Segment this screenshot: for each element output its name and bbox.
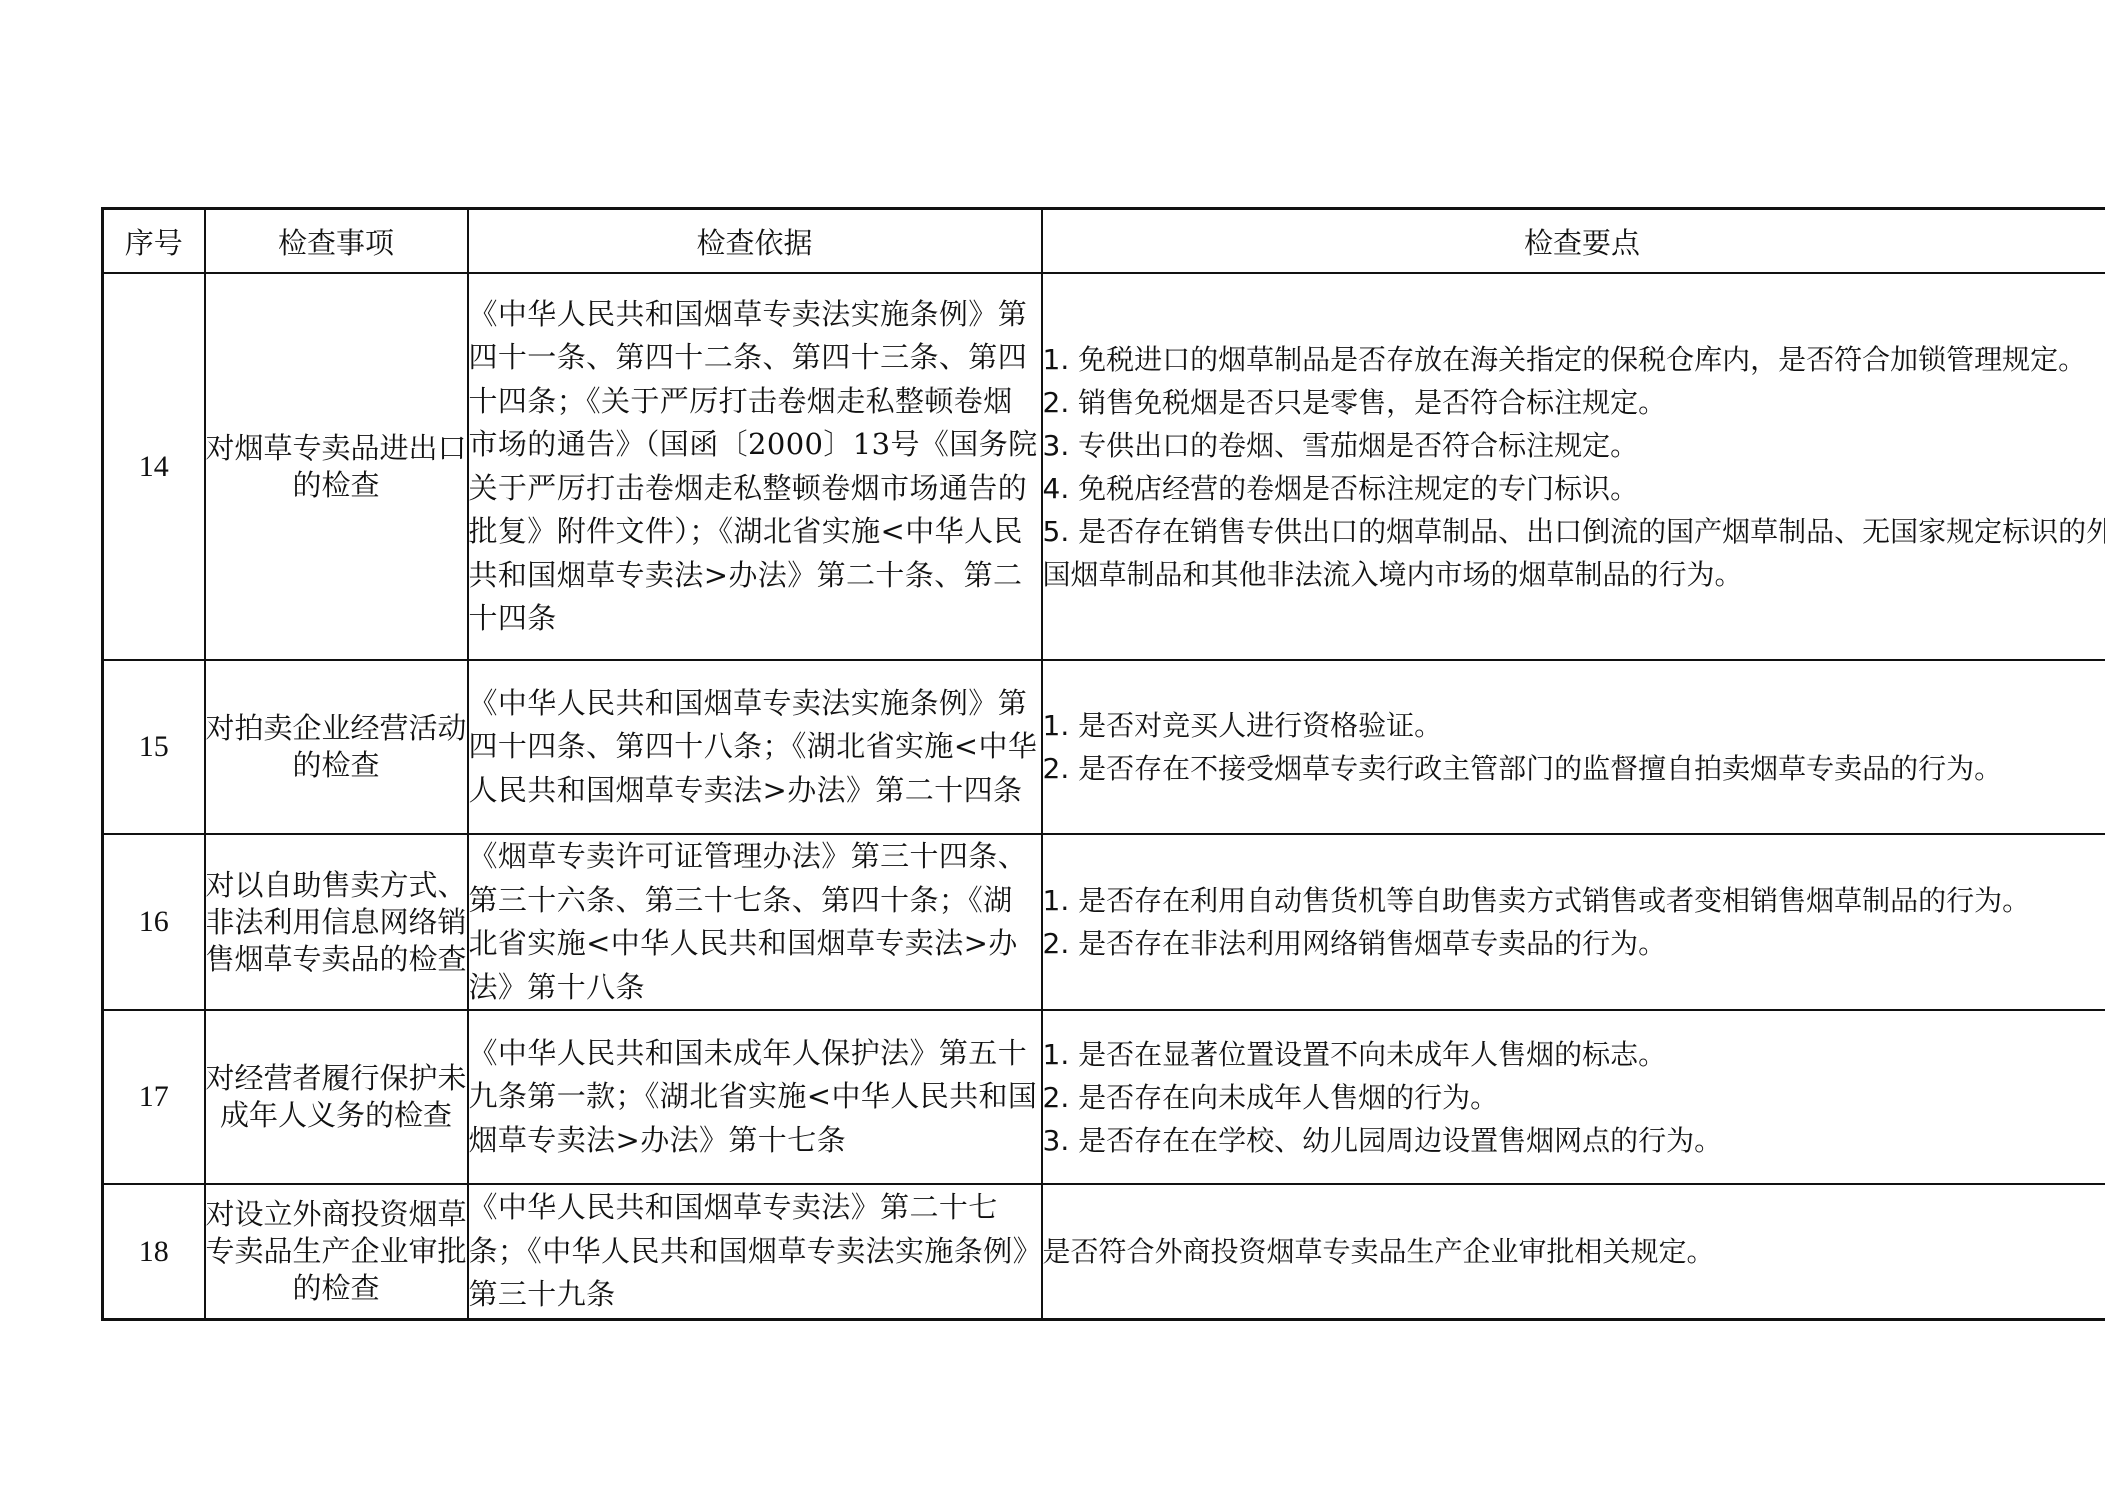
inspection-item: 对拍卖企业经营活动的检查 <box>205 660 468 834</box>
row-number: 15 <box>103 660 205 834</box>
row-number: 14 <box>103 273 205 660</box>
table-row: 18 对设立外商投资烟草专卖品生产企业审批的检查 《中华人民共和国烟草专卖法》第… <box>103 1184 2105 1320</box>
inspection-item: 对经营者履行保护未成年人义务的检查 <box>205 1010 468 1184</box>
header-basis: 检查依据 <box>468 209 1042 274</box>
inspection-item: 对烟草专卖品进出口的检查 <box>205 273 468 660</box>
inspection-table: 序号 检查事项 检查依据 检查要点 14 对烟草专卖品进出口的检查 《中华人民共… <box>101 207 2105 1321</box>
row-number: 17 <box>103 1010 205 1184</box>
inspection-points: 1. 是否在显著位置设置不向未成年人售烟的标志。 2. 是否存在向未成年人售烟的… <box>1042 1010 2105 1184</box>
inspection-basis: 《中华人民共和国未成年人保护法》第五十九条第一款；《湖北省实施<中华人民共和国烟… <box>468 1010 1042 1184</box>
header-item: 检查事项 <box>205 209 468 274</box>
inspection-points: 1. 是否存在利用自动售货机等自助售卖方式销售或者变相销售烟草制品的行为。 2.… <box>1042 834 2105 1010</box>
row-number: 18 <box>103 1184 205 1320</box>
table-row: 14 对烟草专卖品进出口的检查 《中华人民共和国烟草专卖法实施条例》第四十一条、… <box>103 273 2105 660</box>
table-row: 17 对经营者履行保护未成年人义务的检查 《中华人民共和国未成年人保护法》第五十… <box>103 1010 2105 1184</box>
point-line: 是否符合外商投资烟草专卖品生产企业审批相关规定。 <box>1043 1230 2105 1273</box>
inspection-item: 对设立外商投资烟草专卖品生产企业审批的检查 <box>205 1184 468 1320</box>
inspection-basis: 《中华人民共和国烟草专卖法实施条例》第四十一条、第四十二条、第四十三条、第四十四… <box>468 273 1042 660</box>
point-line: 3. 专供出口的卷烟、雪茄烟是否符合标注规定。 <box>1043 424 2105 467</box>
row-number: 16 <box>103 834 205 1010</box>
table-row: 16 对以自助售卖方式、非法利用信息网络销售烟草专卖品的检查 《烟草专卖许可证管… <box>103 834 2105 1010</box>
point-line: 1. 是否存在利用自动售货机等自助售卖方式销售或者变相销售烟草制品的行为。 <box>1043 879 2105 922</box>
table-header-row: 序号 检查事项 检查依据 检查要点 <box>103 209 2105 274</box>
point-line: 2. 是否存在非法利用网络销售烟草专卖品的行为。 <box>1043 922 2105 965</box>
header-points: 检查要点 <box>1042 209 2105 274</box>
point-line: 1. 免税进口的烟草制品是否存放在海关指定的保税仓库内，是否符合加锁管理规定。 <box>1043 338 2105 381</box>
point-line: 2. 是否存在不接受烟草专卖行政主管部门的监督擅自拍卖烟草专卖品的行为。 <box>1043 747 2105 790</box>
inspection-points: 1. 是否对竞买人进行资格验证。 2. 是否存在不接受烟草专卖行政主管部门的监督… <box>1042 660 2105 834</box>
inspection-basis: 《烟草专卖许可证管理办法》第三十四条、第三十六条、第三十七条、第四十条；《湖北省… <box>468 834 1042 1010</box>
point-line: 3. 是否存在在学校、幼儿园周边设置售烟网点的行为。 <box>1043 1119 2105 1162</box>
inspection-points: 1. 免税进口的烟草制品是否存放在海关指定的保税仓库内，是否符合加锁管理规定。 … <box>1042 273 2105 660</box>
point-line: 4. 免税店经营的卷烟是否标注规定的专门标识。 <box>1043 467 2105 510</box>
inspection-basis: 《中华人民共和国烟草专卖法实施条例》第四十四条、第四十八条；《湖北省实施<中华人… <box>468 660 1042 834</box>
point-line: 1. 是否对竞买人进行资格验证。 <box>1043 704 2105 747</box>
document-page: 序号 检查事项 检查依据 检查要点 14 对烟草专卖品进出口的检查 《中华人民共… <box>0 0 2105 1487</box>
inspection-basis: 《中华人民共和国烟草专卖法》第二十七条；《中华人民共和国烟草专卖法实施条例》第三… <box>468 1184 1042 1320</box>
table-row: 15 对拍卖企业经营活动的检查 《中华人民共和国烟草专卖法实施条例》第四十四条、… <box>103 660 2105 834</box>
inspection-item: 对以自助售卖方式、非法利用信息网络销售烟草专卖品的检查 <box>205 834 468 1010</box>
header-no: 序号 <box>103 209 205 274</box>
point-line: 1. 是否在显著位置设置不向未成年人售烟的标志。 <box>1043 1033 2105 1076</box>
point-line: 2. 是否存在向未成年人售烟的行为。 <box>1043 1076 2105 1119</box>
point-line: 2. 销售免税烟是否只是零售，是否符合标注规定。 <box>1043 381 2105 424</box>
point-line: 5. 是否存在销售专供出口的烟草制品、出口倒流的国产烟草制品、无国家规定标识的外… <box>1043 510 2105 596</box>
inspection-points: 是否符合外商投资烟草专卖品生产企业审批相关规定。 <box>1042 1184 2105 1320</box>
